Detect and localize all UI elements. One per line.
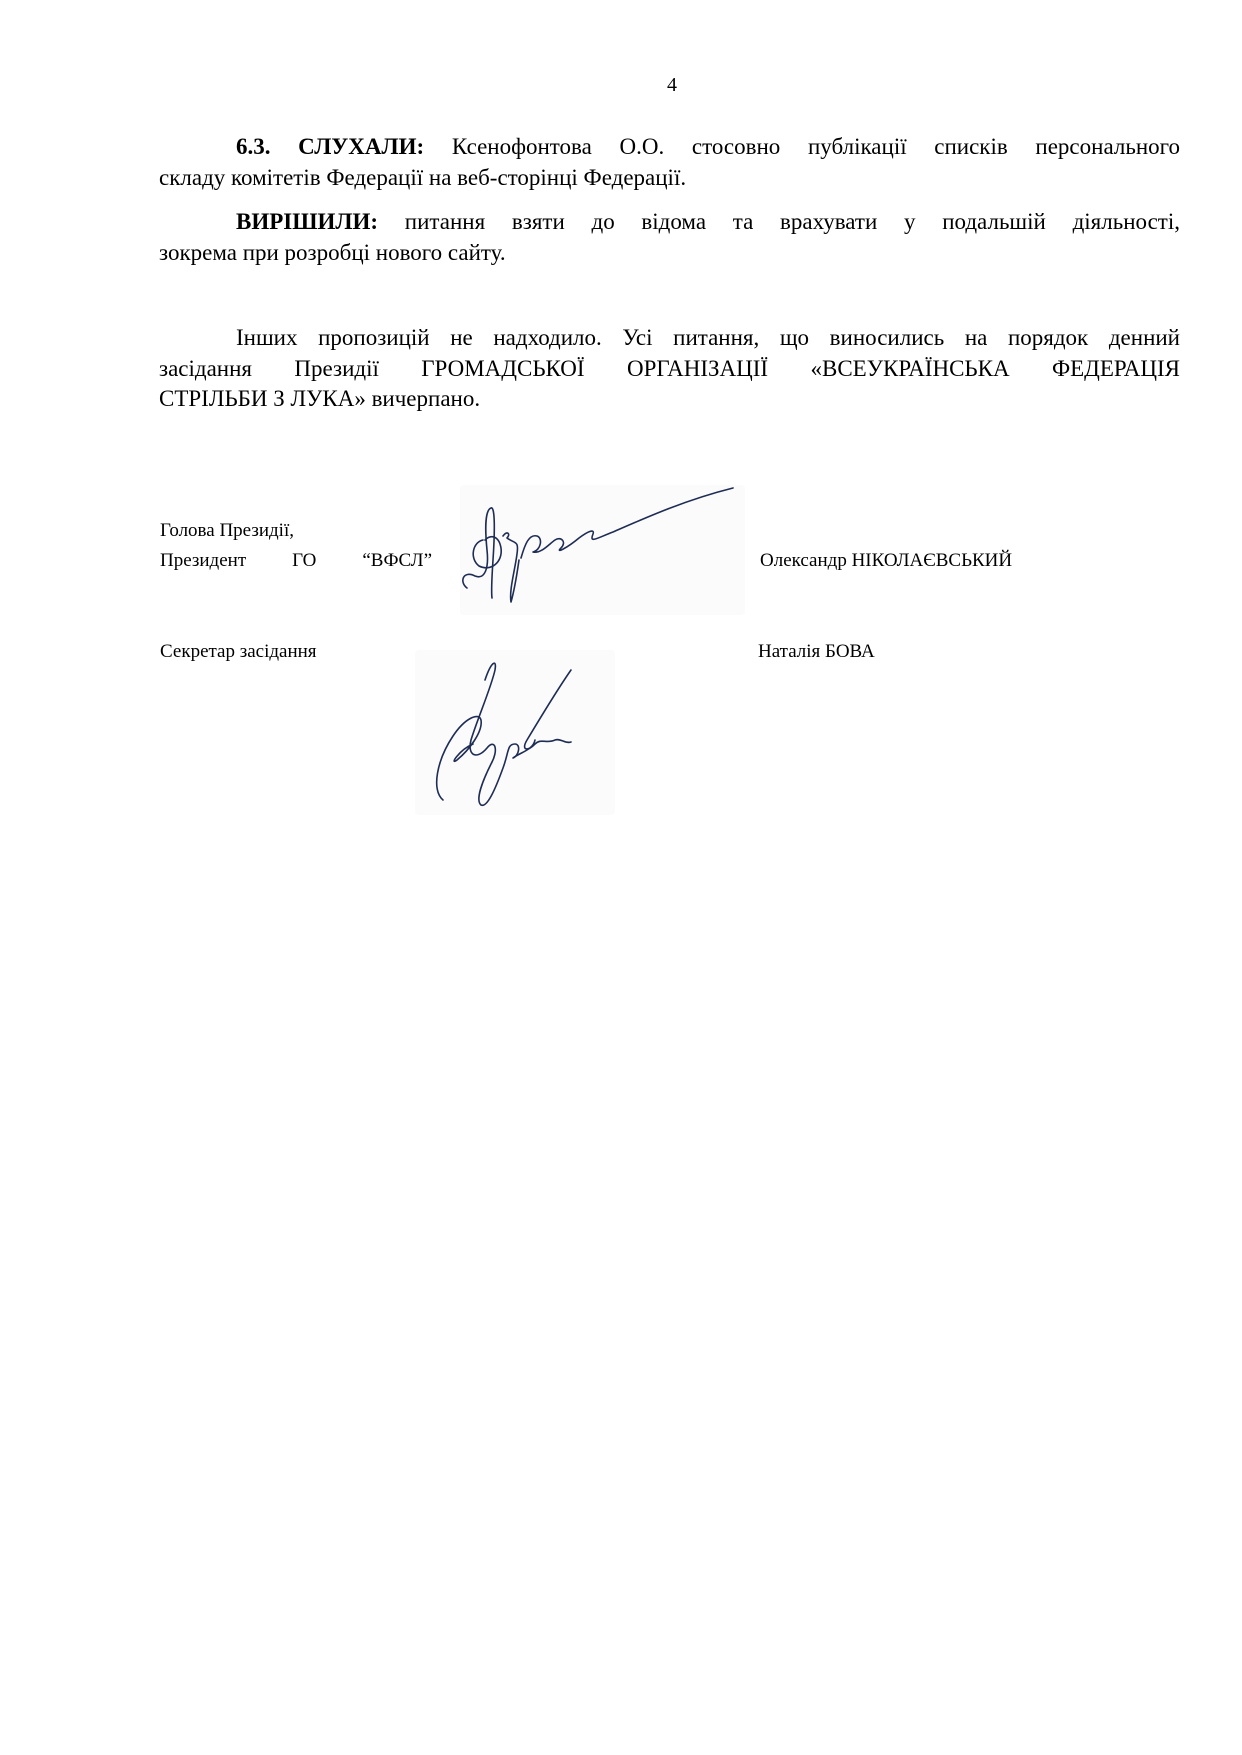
signature-icon <box>395 640 625 815</box>
chairman-signature-image <box>445 470 745 615</box>
decision-line-1: ВИРІШИЛИ: питання взяти до відома та вра… <box>159 207 1180 238</box>
closing-paragraph: Інших пропозицій не надходило. Усі питан… <box>159 323 1180 415</box>
decided-text: питання взяти до відома та врахувати у п… <box>378 209 1180 234</box>
closing-line-3: СТРІЛЬБИ З ЛУКА» вичерпано. <box>159 384 1180 415</box>
page-number: 4 <box>0 73 1242 97</box>
secretary-name: Наталія БОВА <box>758 637 875 667</box>
heard-text: Ксенофонтова О.О. стосовно публікації сп… <box>424 134 1180 159</box>
agenda-item-6-3: 6.3. СЛУХАЛИ: Ксенофонтова О.О. стосовно… <box>159 132 1180 193</box>
heard-label: 6.3. СЛУХАЛИ: <box>236 134 424 159</box>
closing-line-2: засідання Президії ГРОМАДСЬКОЇ ОРГАНІЗАЦ… <box>159 354 1180 385</box>
signature-icon <box>445 470 745 615</box>
chairman-role: Голова Президії, Президент ГО “ВФСЛ” <box>160 516 432 576</box>
agenda-item-line-2: складу комітетів Федерації на веб-сторін… <box>159 163 1180 194</box>
chairman-name: Олександр НІКОЛАЄВСЬКИЙ <box>760 546 1012 576</box>
agenda-item-line-1: 6.3. СЛУХАЛИ: Ксенофонтова О.О. стосовно… <box>159 132 1180 163</box>
decided-label: ВИРІШИЛИ: <box>236 209 378 234</box>
decision-line-2: зокрема при розробці нового сайту. <box>159 238 1180 269</box>
decision-paragraph: ВИРІШИЛИ: питання взяти до відома та вра… <box>159 207 1180 268</box>
chairman-role-line-1: Голова Президії, <box>160 516 432 546</box>
secretary-signature-image <box>395 640 625 815</box>
closing-line-1: Інших пропозицій не надходило. Усі питан… <box>159 323 1180 354</box>
secretary-role: Секретар засідання <box>160 637 317 667</box>
chairman-role-line-2: Президент ГО “ВФСЛ” <box>160 546 432 576</box>
